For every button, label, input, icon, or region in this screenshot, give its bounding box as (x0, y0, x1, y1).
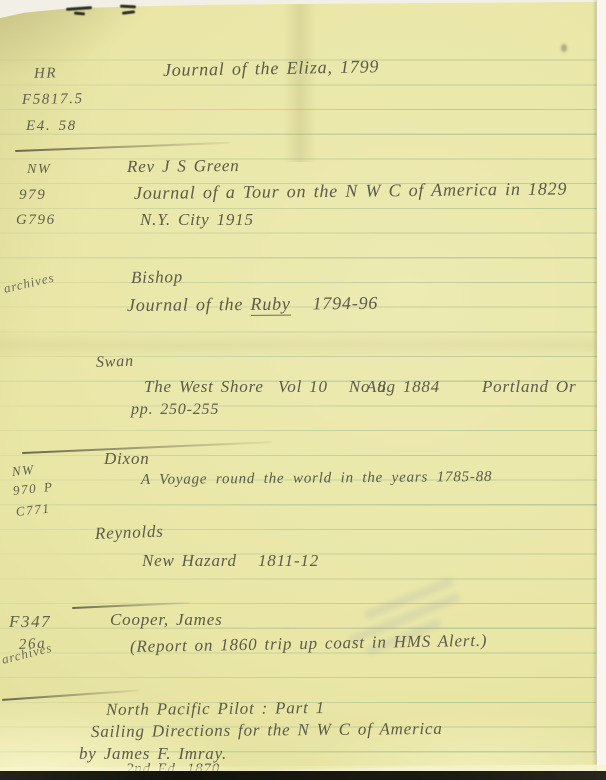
entry-title: A Voyage round the world in the years 17… (141, 469, 492, 489)
scanned-page: HR F5817.5 E4. 58 Journal of the Eliza, … (0, 0, 606, 780)
entry-place: Portland Or (482, 377, 576, 397)
call-number-line: NW (27, 162, 51, 178)
call-number-line: F347 (9, 612, 51, 632)
entry-pages: pp. 250-255 (131, 401, 219, 419)
entry-author: Swan (96, 353, 134, 372)
call-number-line: 979 (19, 187, 46, 204)
entry-date: Aug 1884 (366, 377, 440, 397)
entry-author: Bishop (131, 267, 183, 288)
entry-author: Rev J S Green (127, 156, 240, 177)
entry-title: Journal of the Ruby 1794-96 (127, 293, 378, 316)
entry-title-underlined: Ruby (250, 294, 290, 316)
call-number-line: F5817.5 (22, 91, 84, 109)
call-number-line: NW (11, 462, 35, 480)
entry-title: North Pacific Pilot : Part 1 (106, 698, 325, 720)
entry-author: Reynolds (95, 522, 164, 544)
entry-imprint: N.Y. City 1915 (140, 210, 254, 230)
call-number-line: HR (34, 65, 58, 83)
paper-speck (561, 44, 567, 52)
entry-title-part: 1794-96 (291, 293, 379, 314)
call-number-line: E4. 58 (26, 118, 77, 135)
entry-title: New Hazard 1811-12 (142, 551, 319, 571)
entry-title: Journal of the Eliza, 1799 (163, 56, 380, 81)
entry-title: The West Shore (144, 377, 264, 397)
call-number-line: G796 (16, 212, 56, 229)
scan-edge-right (597, 0, 606, 780)
crease-horizontal (0, 332, 597, 358)
scan-edge-bottom (0, 771, 606, 780)
entry-author: Dixon (104, 449, 150, 469)
crease-vertical (283, 2, 317, 162)
entry-subtitle: Sailing Directions for the N W C of Amer… (91, 719, 443, 742)
entry-title-part: Journal of the (127, 294, 251, 315)
entry-author: Cooper, James (110, 610, 223, 630)
